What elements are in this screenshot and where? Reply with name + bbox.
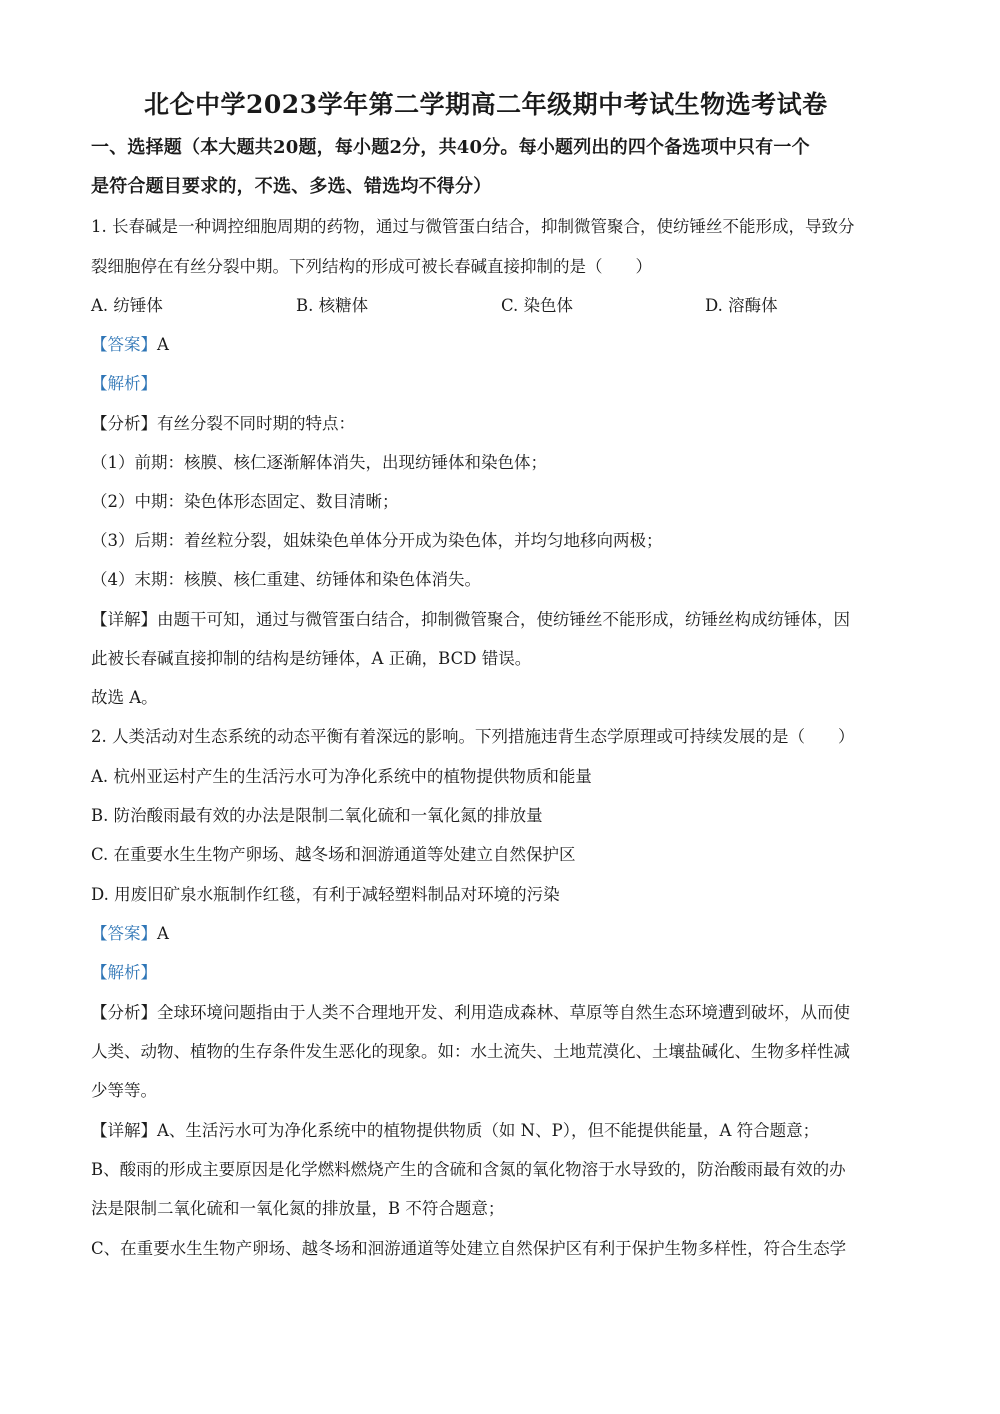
answer-value: A — [157, 924, 169, 943]
question-2-fenxi-line-2: 人类、动物、植物的生存条件发生恶化的现象。如：水土流失、土地荒漠化、土壤盐碱化、… — [91, 1040, 850, 1064]
answer-value: A — [157, 335, 169, 354]
option-b: B. 核糖体 — [296, 294, 368, 318]
question-2-xiangjie-line-2: B、酸雨的形成主要原因是化学燃料燃烧产生的含硫和含氮的氧化物溶于水导致的，防治酸… — [91, 1158, 846, 1182]
question-2-option-a: A. 杭州亚运村产生的生活污水可为净化系统中的植物提供物质和能量 — [91, 765, 592, 789]
answer-label: 【答案】 — [91, 335, 157, 354]
xiangjie-label: 【详解】 — [91, 610, 157, 629]
question-1-xiangjie-line-1: 【详解】由题干可知，通过与微管蛋白结合，抑制微管聚合，使纺锤丝不能形成，纺锤丝构… — [91, 608, 850, 632]
fenxi-label: 【分析】 — [91, 1003, 157, 1022]
question-2-stem-line-1: 2. 人类活动对生态系统的动态平衡有着深远的影响。下列措施违背生态学原理或可持续… — [91, 725, 855, 749]
question-2-option-b: B. 防治酸雨最有效的办法是限制二氧化硫和一氧化氮的排放量 — [91, 804, 543, 828]
question-2-fenxi-line-1: 【分析】全球环境问题指由于人类不合理地开发、利用造成森林、草原等自然生态环境遭到… — [91, 1001, 850, 1025]
question-2-analysis-label: 【解析】 — [91, 961, 157, 985]
question-1-fenxi-line-1: 【分析】有丝分裂不同时期的特点： — [91, 412, 355, 436]
question-2-option-d: D. 用废旧矿泉水瓶制作红毯，有利于减轻塑料制品对环境的污染 — [91, 883, 560, 907]
option-c: C. 染色体 — [501, 294, 573, 318]
option-a: A. 纺锤体 — [91, 294, 163, 318]
xiangjie-label: 【详解】 — [91, 1121, 157, 1140]
option-d: D. 溶酶体 — [705, 294, 778, 318]
question-2-xiangjie-line-3: 法是限制二氧化硫和一氧化氮的排放量，B 不符合题意； — [91, 1197, 504, 1221]
question-1-stem-line-2: 裂细胞停在有丝分裂中期。下列结构的形成可被长春碱直接抑制的是（ ） — [91, 255, 652, 279]
question-2-xiangjie-line-4: C、在重要水生生物产卵场、越冬场和洄游通道等处建立自然保护区有利于保护生物多样性… — [91, 1237, 846, 1261]
question-1-fenxi-line-5: （4）末期：核膜、核仁重建、纺锤体和染色体消失。 — [91, 568, 481, 592]
question-2-fenxi-line-3: 少等等。 — [91, 1079, 157, 1103]
question-1-stem-line-1: 1. 长春碱是一种调控细胞周期的药物，通过与微管蛋白结合，抑制微管聚合，使纺锤丝… — [91, 215, 855, 239]
question-1-conclusion: 故选 A。 — [91, 686, 158, 710]
page-title: 北仑中学2023学年第二学期高二年级期中考试生物选考试卷 — [144, 88, 864, 122]
question-1-fenxi-line-2: （1）前期：核膜、核仁逐渐解体消失，出现纺锤体和染色体； — [91, 451, 547, 475]
section-heading-line-2: 是符合题目要求的，不选、多选、错选均不得分） — [91, 175, 491, 199]
xiangjie-text: 由题干可知，通过与微管蛋白结合，抑制微管聚合，使纺锤丝不能形成，纺锤丝构成纺锤体… — [157, 610, 850, 629]
xiangjie-text: A、生活污水可为净化系统中的植物提供物质（如 N、P），但不能提供能量，A 符合… — [157, 1121, 819, 1140]
question-1-answer: 【答案】A — [91, 333, 169, 357]
fenxi-text: 有丝分裂不同时期的特点： — [157, 414, 355, 433]
question-2-option-c: C. 在重要水生生物产卵场、越冬场和洄游通道等处建立自然保护区 — [91, 843, 576, 867]
fenxi-text: 全球环境问题指由于人类不合理地开发、利用造成森林、草原等自然生态环境遭到破坏，从… — [157, 1003, 850, 1022]
answer-label: 【答案】 — [91, 924, 157, 943]
question-1-xiangjie-line-2: 此被长春碱直接抑制的结构是纺锤体，A 正确，BCD 错误。 — [91, 647, 531, 671]
question-2-xiangjie-line-1: 【详解】A、生活污水可为净化系统中的植物提供物质（如 N、P），但不能提供能量，… — [91, 1119, 819, 1143]
question-1-fenxi-line-3: （2）中期：染色体形态固定、数目清晰； — [91, 490, 399, 514]
question-1-analysis-label: 【解析】 — [91, 372, 157, 396]
section-heading-line-1: 一、选择题（本大题共20题，每小题2分，共40分。每小题列出的四个备选项中只有一… — [91, 136, 810, 160]
question-1-fenxi-line-4: （3）后期：着丝粒分裂，姐妹染色单体分开成为染色体，并均匀地移向两极； — [91, 529, 663, 553]
fenxi-label: 【分析】 — [91, 414, 157, 433]
question-2-answer: 【答案】A — [91, 922, 169, 946]
